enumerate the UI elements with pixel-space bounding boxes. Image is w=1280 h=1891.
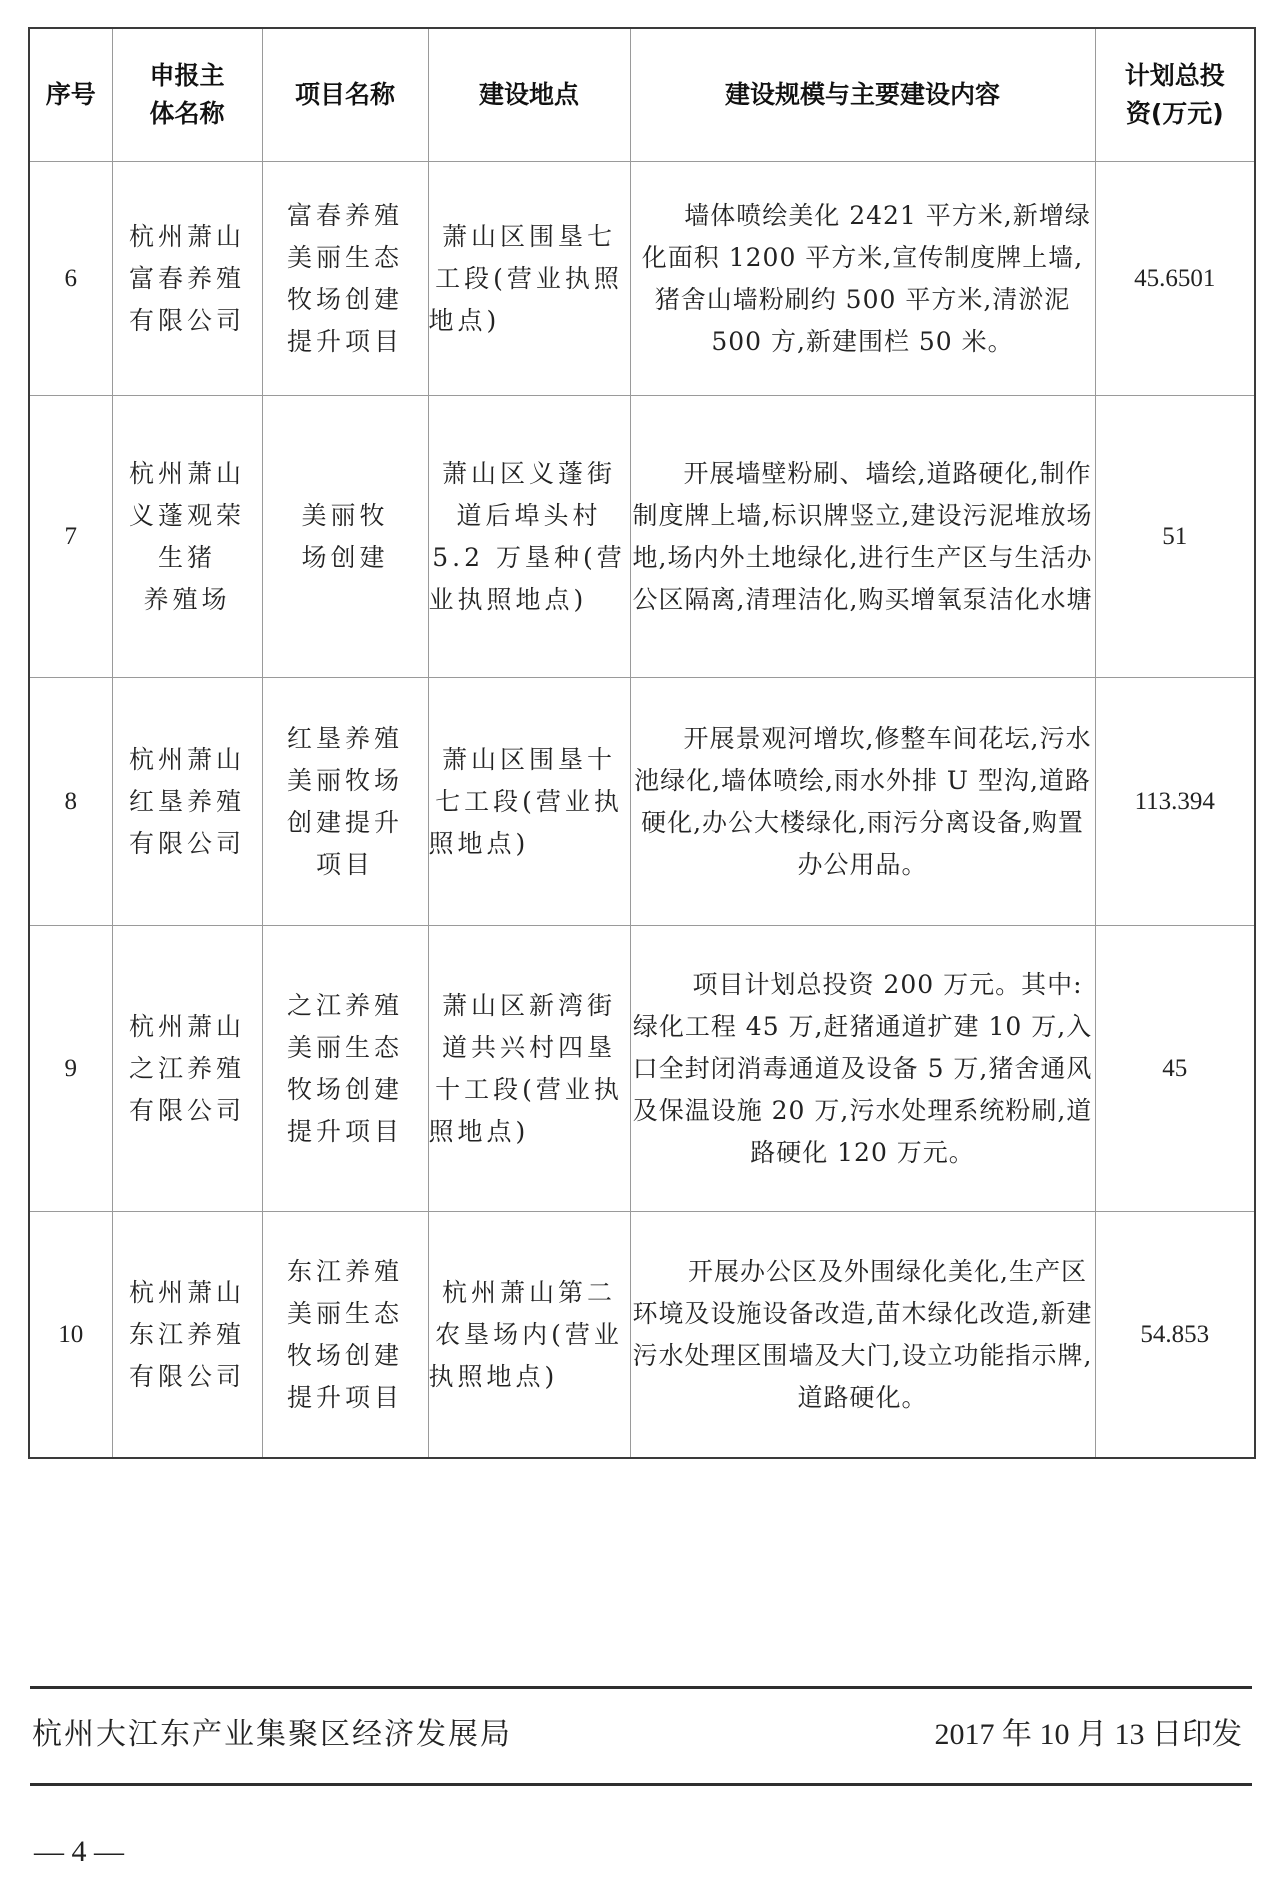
entity-line: 有限公司	[113, 300, 262, 342]
project-line: 提升项目	[263, 321, 428, 363]
project-line: 提升项目	[263, 1111, 428, 1153]
header-investment: 计划总投 资(万元)	[1095, 28, 1255, 162]
project-line: 牧场创建	[263, 1069, 428, 1111]
project-line: 创建提升	[263, 802, 428, 844]
project-line: 牧场创建	[263, 1335, 428, 1377]
page-number: — 4 —	[34, 1830, 124, 1874]
cell-applicant-entity: 杭州萧山 之江养殖 有限公司	[112, 926, 262, 1212]
project-table: 序号 申报主 体名称 项目名称 建设地点 建设规模与主要建设内容 计划总投 资(…	[28, 27, 1256, 1459]
entity-line: 富春养殖	[113, 258, 262, 300]
entity-line: 生猪	[113, 537, 262, 579]
project-line: 红垦养殖	[263, 718, 428, 760]
cell-project-name: 东江养殖 美丽生态 牧场创建 提升项目	[262, 1212, 428, 1459]
cell-serial-number: 8	[29, 678, 112, 926]
cell-location: 萧山区义蓬街道后埠头村 5.2 万垦种(营业执照地点)	[428, 396, 630, 678]
cell-applicant-entity: 杭州萧山 富春养殖 有限公司	[112, 162, 262, 396]
header-applicant-entity-line1: 申报主	[113, 57, 262, 95]
project-line: 美丽牧	[263, 495, 428, 537]
project-line: 富春养殖	[263, 195, 428, 237]
entity-line: 杭州萧山	[113, 1272, 262, 1314]
header-investment-line1: 计划总投	[1096, 57, 1255, 95]
table-row: 10 杭州萧山 东江养殖 有限公司 东江养殖 美丽生态 牧场创建 提升项目	[29, 1212, 1255, 1459]
table-row: 8 杭州萧山 红垦养殖 有限公司 红垦养殖 美丽牧场 创建提升 项目	[29, 678, 1255, 926]
project-line: 美丽生态	[263, 237, 428, 279]
project-line: 之江养殖	[263, 985, 428, 1027]
project-line: 场创建	[263, 537, 428, 579]
content-text: 项目计划总投资 200 万元。其中:绿化工程 45 万,赶猪通道扩建 10 万,…	[631, 964, 1095, 1174]
cell-project-name: 富春养殖 美丽生态 牧场创建 提升项目	[262, 162, 428, 396]
cell-investment: 54.853	[1095, 1212, 1255, 1459]
entity-line: 养殖场	[113, 579, 262, 621]
entity-line: 有限公司	[113, 823, 262, 865]
header-investment-line2: 资(万元)	[1096, 95, 1255, 133]
issue-date: 2017 年 10 月 13 日印发	[935, 1710, 1243, 1760]
cell-content: 墙体喷绘美化 2421 平方米,新增绿化面积 1200 平方米,宣传制度牌上墙,…	[630, 162, 1095, 396]
project-line: 东江养殖	[263, 1251, 428, 1293]
cell-applicant-entity: 杭州萧山 东江养殖 有限公司	[112, 1212, 262, 1459]
cell-content: 开展景观河增坎,修整车间花坛,污水池绿化,墙体喷绘,雨水外排 U 型沟,道路硬化…	[630, 678, 1095, 926]
table-row: 9 杭州萧山 之江养殖 有限公司 之江养殖 美丽生态 牧场创建 提升项目	[29, 926, 1255, 1212]
cell-investment: 45.6501	[1095, 162, 1255, 396]
cell-content: 开展办公区及外围绿化美化,生产区环境及设施设备改造,苗木绿化改造,新建污水处理区…	[630, 1212, 1095, 1459]
cell-investment: 113.394	[1095, 678, 1255, 926]
project-line: 项目	[263, 844, 428, 886]
document-page: 序号 申报主 体名称 项目名称 建设地点 建设规模与主要建设内容 计划总投 资(…	[0, 0, 1280, 1891]
entity-line: 杭州萧山	[113, 1006, 262, 1048]
cell-project-name: 之江养殖 美丽生态 牧场创建 提升项目	[262, 926, 428, 1212]
cell-serial-number: 10	[29, 1212, 112, 1459]
entity-line: 杭州萧山	[113, 453, 262, 495]
cell-location: 萧山区围垦十七工段(营业执照地点)	[428, 678, 630, 926]
footer-top-rule	[30, 1686, 1252, 1689]
content-text: 开展景观河增坎,修整车间花坛,污水池绿化,墙体喷绘,雨水外排 U 型沟,道路硬化…	[631, 718, 1095, 886]
table-header-row: 序号 申报主 体名称 项目名称 建设地点 建设规模与主要建设内容 计划总投 资(…	[29, 28, 1255, 162]
cell-investment: 51	[1095, 396, 1255, 678]
project-line: 美丽牧场	[263, 760, 428, 802]
content-text: 开展办公区及外围绿化美化,生产区环境及设施设备改造,苗木绿化改造,新建污水处理区…	[631, 1251, 1095, 1419]
cell-serial-number: 6	[29, 162, 112, 396]
cell-serial-number: 7	[29, 396, 112, 678]
header-serial-number: 序号	[29, 28, 112, 162]
cell-applicant-entity: 杭州萧山 义蓬观荣 生猪 养殖场	[112, 396, 262, 678]
entity-line: 杭州萧山	[113, 739, 262, 781]
entity-line: 杭州萧山	[113, 216, 262, 258]
cell-location: 萧山区围垦七工段(营业执照地点)	[428, 162, 630, 396]
issuing-organization: 杭州大江东产业集聚区经济发展局	[32, 1710, 512, 1760]
entity-line: 有限公司	[113, 1356, 262, 1398]
header-project-name: 项目名称	[262, 28, 428, 162]
entity-line: 红垦养殖	[113, 781, 262, 823]
cell-content: 开展墙壁粉刷、墙绘,道路硬化,制作制度牌上墙,标识牌竖立,建设污泥堆放场地,场内…	[630, 396, 1095, 678]
cell-project-name: 红垦养殖 美丽牧场 创建提升 项目	[262, 678, 428, 926]
project-line: 美丽生态	[263, 1027, 428, 1069]
content-text: 开展墙壁粉刷、墙绘,道路硬化,制作制度牌上墙,标识牌竖立,建设污泥堆放场地,场内…	[631, 453, 1095, 621]
header-content: 建设规模与主要建设内容	[630, 28, 1095, 162]
header-applicant-entity: 申报主 体名称	[112, 28, 262, 162]
entity-line: 义蓬观荣	[113, 495, 262, 537]
cell-investment: 45	[1095, 926, 1255, 1212]
header-location: 建设地点	[428, 28, 630, 162]
footer-bottom-rule	[30, 1783, 1252, 1786]
cell-location: 杭州萧山第二农垦场内(营业执照地点)	[428, 1212, 630, 1459]
table-row: 6 杭州萧山 富春养殖 有限公司 富春养殖 美丽生态 牧场创建 提升项目	[29, 162, 1255, 396]
entity-line: 之江养殖	[113, 1048, 262, 1090]
project-line: 美丽生态	[263, 1293, 428, 1335]
content-text: 墙体喷绘美化 2421 平方米,新增绿化面积 1200 平方米,宣传制度牌上墙,…	[631, 195, 1095, 363]
cell-content: 项目计划总投资 200 万元。其中:绿化工程 45 万,赶猪通道扩建 10 万,…	[630, 926, 1095, 1212]
entity-line: 有限公司	[113, 1090, 262, 1132]
entity-line: 东江养殖	[113, 1314, 262, 1356]
cell-applicant-entity: 杭州萧山 红垦养殖 有限公司	[112, 678, 262, 926]
project-line: 牧场创建	[263, 279, 428, 321]
cell-project-name: 美丽牧 场创建	[262, 396, 428, 678]
cell-serial-number: 9	[29, 926, 112, 1212]
cell-location: 萧山区新湾街道共兴村四垦十工段(营业执照地点)	[428, 926, 630, 1212]
header-applicant-entity-line2: 体名称	[113, 95, 262, 133]
project-line: 提升项目	[263, 1377, 428, 1419]
table-row: 7 杭州萧山 义蓬观荣 生猪 养殖场 美丽牧 场创建 萧山区义蓬街道后埠头村 5	[29, 396, 1255, 678]
